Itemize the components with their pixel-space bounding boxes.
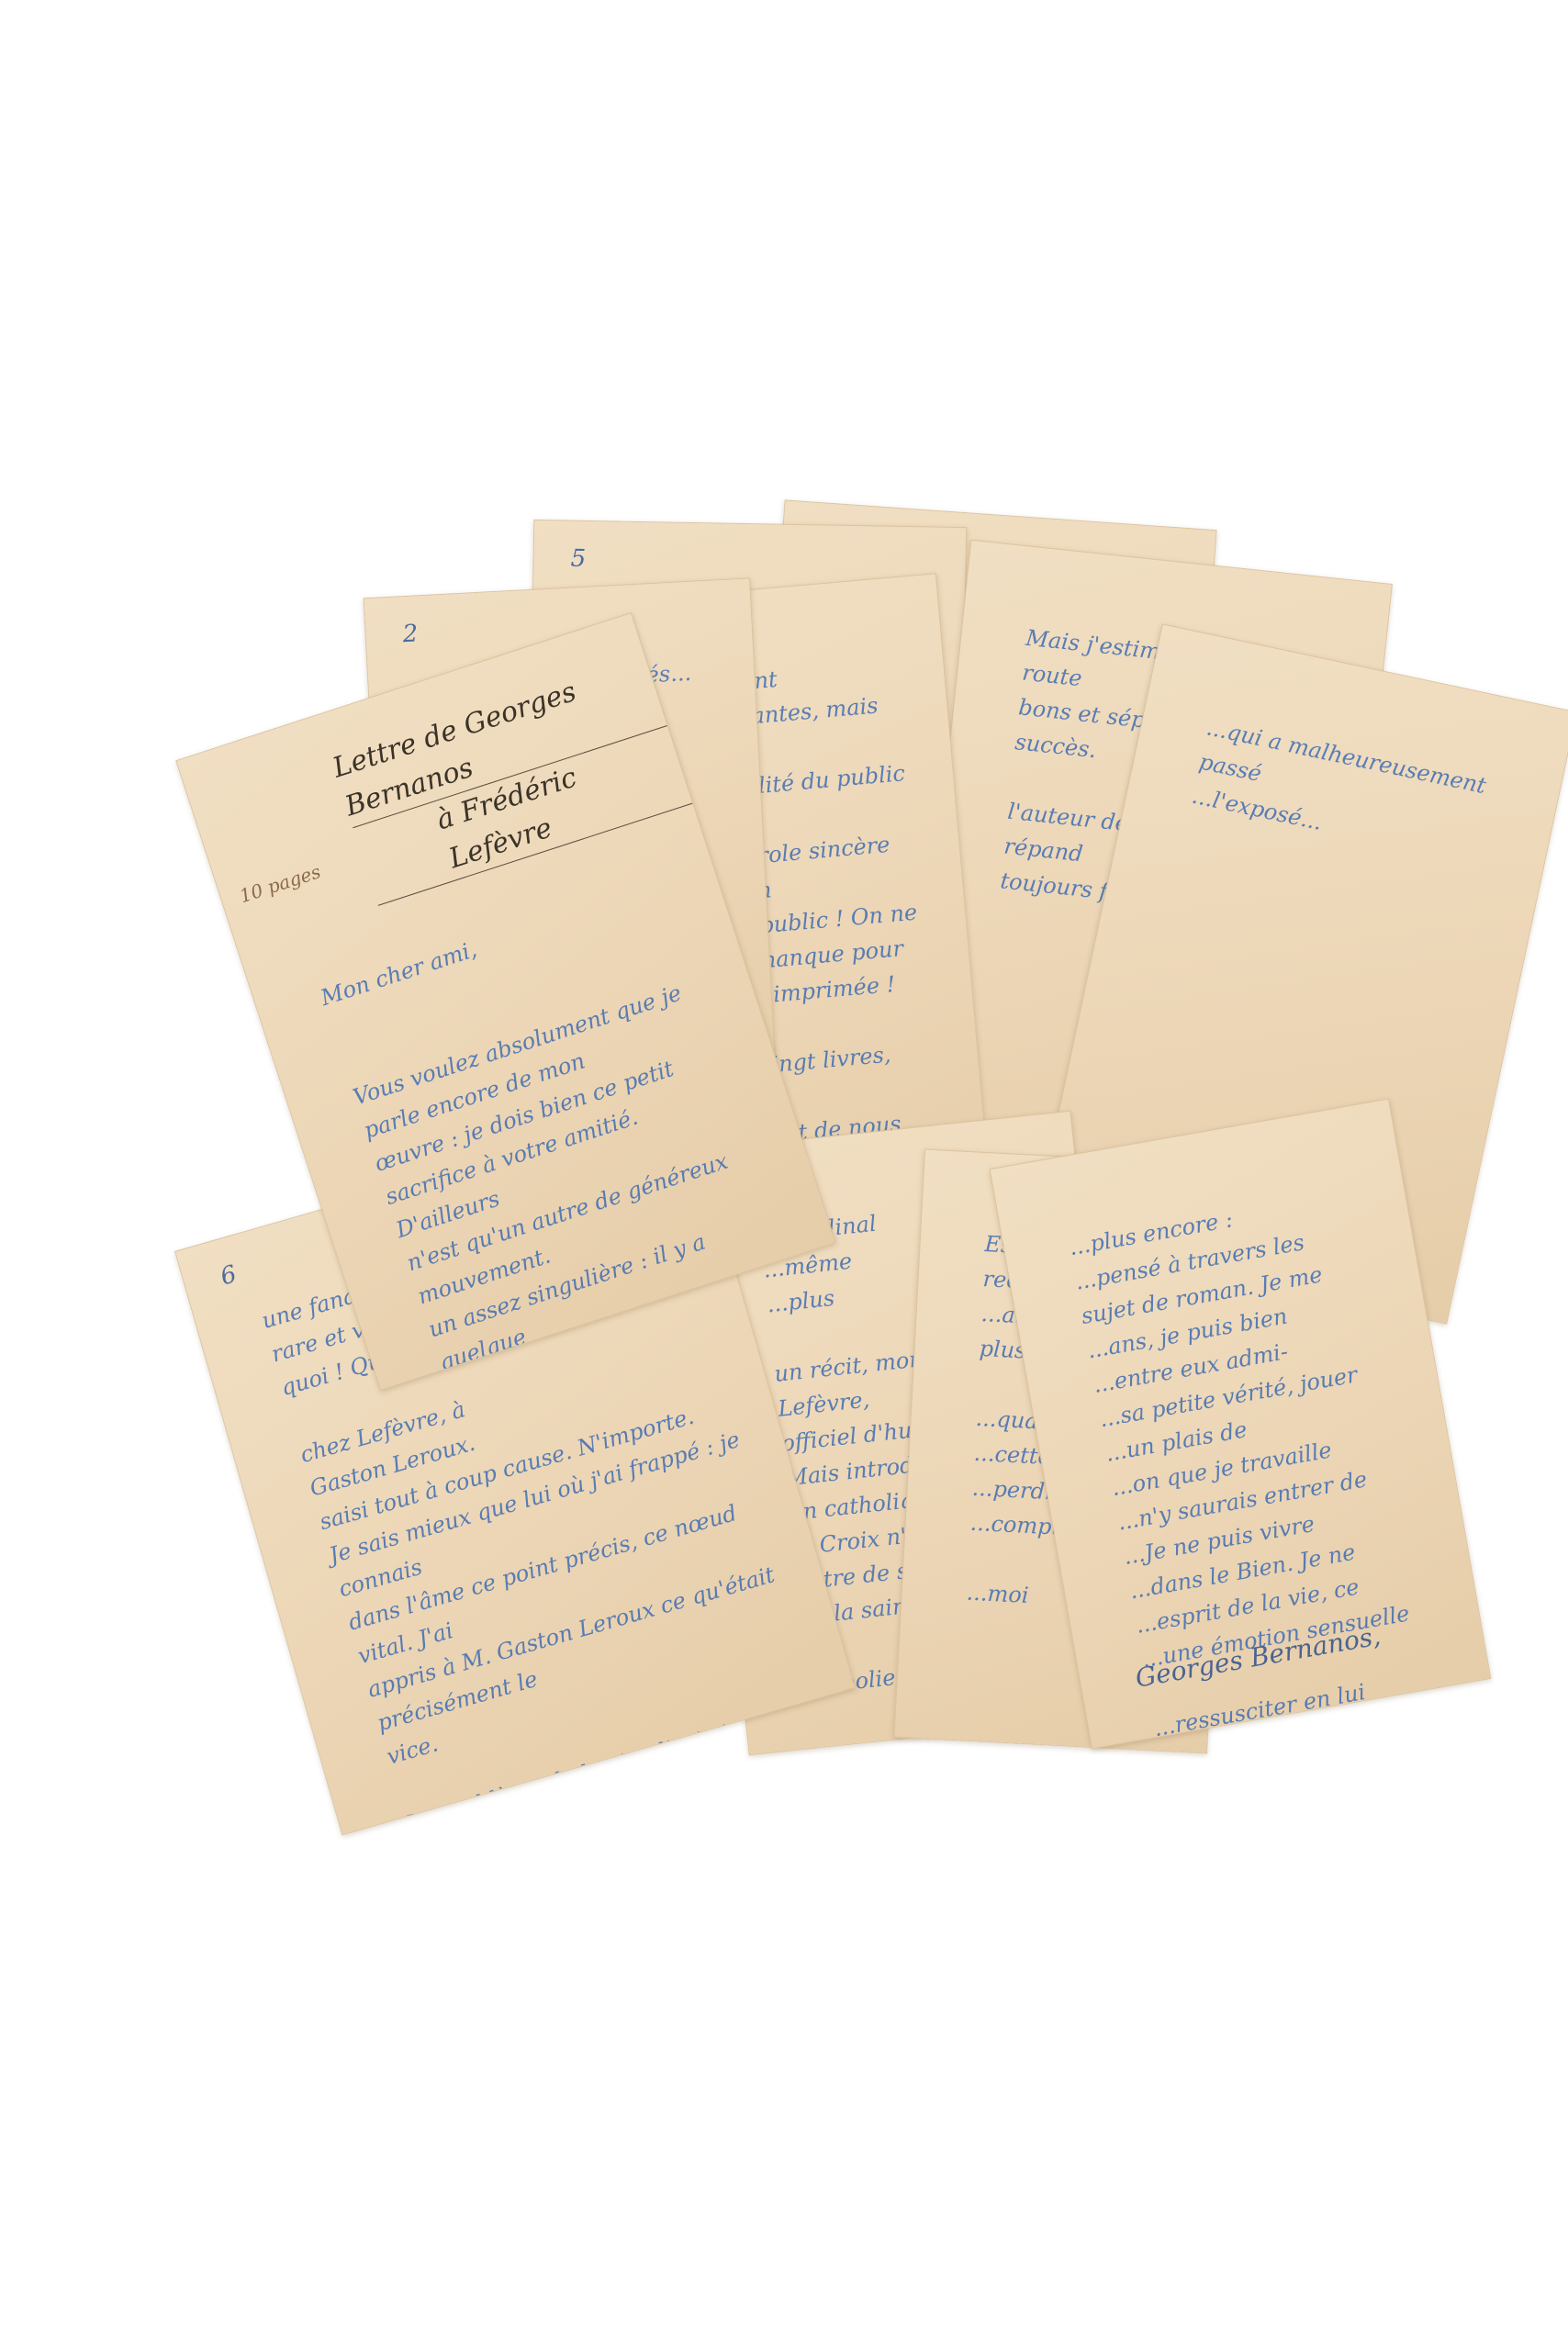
page-number: 2 xyxy=(402,620,419,648)
page-number: 6 xyxy=(218,1260,240,1291)
page-number: 5 xyxy=(570,545,586,573)
margin-note: 10 pages xyxy=(237,860,323,907)
handwritten-text: Mon cher ami, Vous voulez absolument que… xyxy=(295,800,789,1335)
handwritten-text: ...plus encore : ...pensé à travers les … xyxy=(1067,1178,1448,1700)
